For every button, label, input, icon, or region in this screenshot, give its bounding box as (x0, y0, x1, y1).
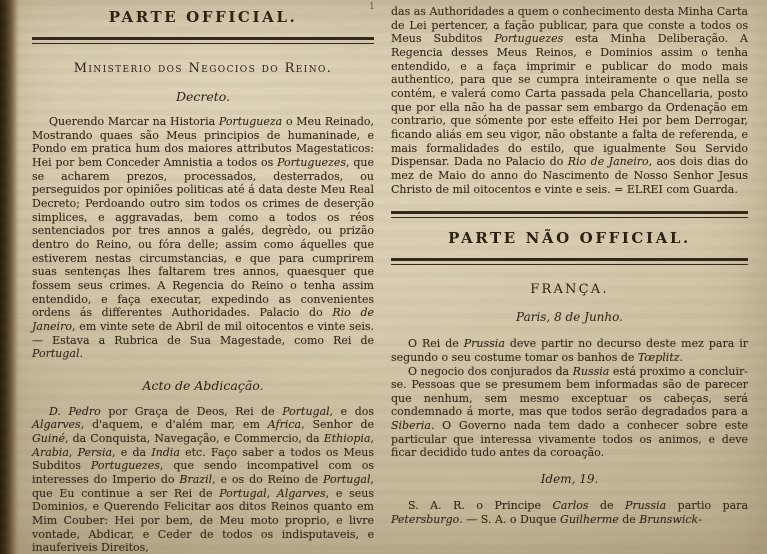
double-rule (391, 211, 748, 218)
decree-heading: Decreto. (32, 89, 374, 104)
abdication-paragraph: D. Pedro por Graça de Deos, Rei de Portu… (32, 405, 374, 554)
scanned-gazette-page: { "page": { "mark": "1", "left_column": … (0, 0, 767, 554)
double-rule (32, 37, 374, 44)
news-paragraph-carlos: S. A. R. o Principe Carlos de Prussia pa… (391, 499, 748, 526)
country-heading-franca: FRANÇA. (391, 282, 748, 297)
book-binding-edge (0, 0, 20, 554)
news-paragraph-prussia: O Rei de Prussia deve partir no decurso … (391, 337, 748, 364)
idem-dateline: Idem, 19. (391, 472, 748, 486)
left-column: PARTE OFFICIAL. Ministerio dos Negocios … (32, 0, 374, 554)
news-paragraph-russia: O negocio dos conjurados da Russia está … (391, 365, 748, 461)
ministry-heading: Ministerio dos Negocios do Reino. (32, 61, 374, 76)
decree-paragraph: Querendo Marcar na Historia Portugueza o… (32, 115, 374, 361)
abdication-heading: Acto de Abdicação. (32, 378, 374, 393)
section-title-parte-nao-official: PARTE NÃO OFFICIAL. (391, 229, 748, 247)
section-title-parte-official: PARTE OFFICIAL. (32, 8, 374, 26)
paris-dateline: Paris, 8 de Junho. (391, 310, 748, 324)
right-column: das as Authoridades a quem o conheciment… (391, 0, 748, 526)
double-rule (391, 258, 748, 265)
carta-continuation-paragraph: das as Authoridades a quem o conheciment… (391, 5, 748, 196)
